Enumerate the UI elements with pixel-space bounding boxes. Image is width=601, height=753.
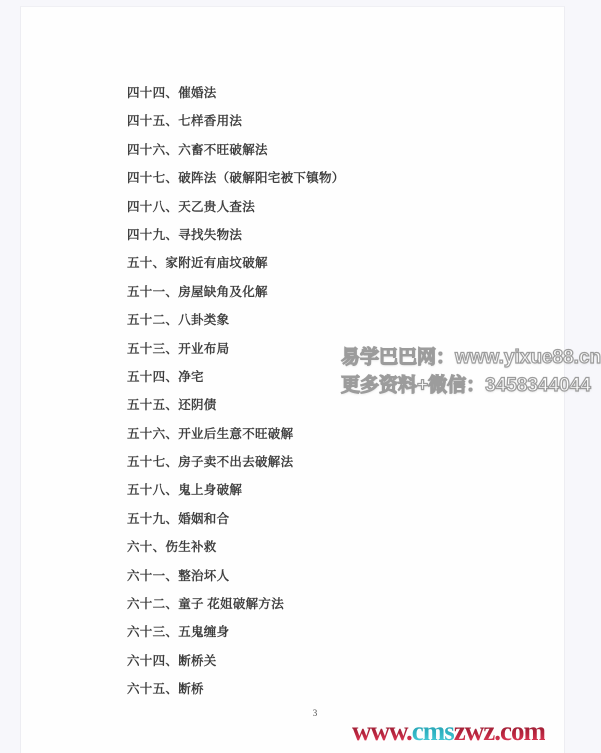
toc-item: 五十二、八卦类象 — [127, 306, 527, 334]
toc-item: 六十、伤生补救 — [127, 533, 527, 561]
footer-url-prefix: www. — [352, 716, 412, 746]
watermark-line-site: 易学巴巴网：www.yixue88.cn — [341, 344, 601, 372]
toc-item: 五十八、鬼上身破解 — [127, 476, 527, 504]
toc-item: 五十九、婚姻和合 — [127, 505, 527, 533]
toc-item: 四十六、六畜不旺破解法 — [127, 136, 527, 164]
footer-site-url: www.cmszwz.com — [352, 716, 545, 747]
toc-item: 四十八、天乙贵人查法 — [127, 193, 527, 221]
toc-item: 五十六、开业后生意不旺破解 — [127, 420, 527, 448]
toc-item: 六十一、整治坏人 — [127, 562, 527, 590]
toc-item: 五十一、房屋缺角及化解 — [127, 278, 527, 306]
watermark-overlay: 易学巴巴网：www.yixue88.cn 更多资料+微信：3458344044 — [341, 344, 601, 400]
toc-item: 四十九、寻找失物法 — [127, 221, 527, 249]
toc-item: 六十五、断桥 — [127, 675, 527, 703]
toc-item: 六十二、童子 花姐破解方法 — [127, 590, 527, 618]
toc-item: 五十、家附近有庙坟破解 — [127, 249, 527, 277]
toc-item: 四十七、破阵法（破解阳宅被下镇物） — [127, 164, 527, 192]
toc-item: 五十七、房子卖不出去破解法 — [127, 448, 527, 476]
watermark-line-contact: 更多资料+微信：3458344044 — [341, 372, 601, 400]
toc-item: 四十四、催婚法 — [127, 79, 527, 107]
page-number: 3 — [305, 708, 325, 718]
footer-url-highlight: cms — [412, 716, 454, 746]
toc-item: 六十三、五鬼缠身 — [127, 618, 527, 646]
toc-item: 四十五、七样香用法 — [127, 107, 527, 135]
toc-item: 六十四、断桥关 — [127, 647, 527, 675]
footer-url-suffix: zwz.com — [454, 716, 545, 746]
